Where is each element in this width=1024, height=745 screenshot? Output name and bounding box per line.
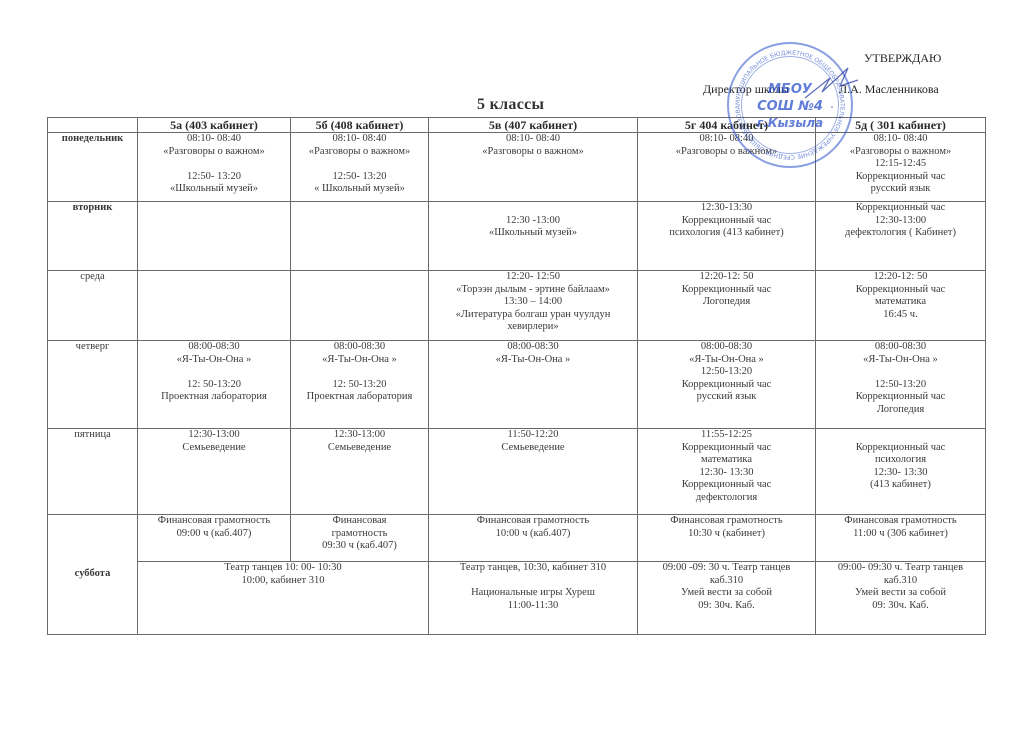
cell-text-line: 11:00-11:30 [431, 600, 635, 613]
cell-saturday-5g-extra: 09:00 -09: 30 ч. Театр танцевкаб.310Умей… [638, 562, 816, 635]
cell-text-line: русский язык [640, 391, 813, 404]
cell-wednesday-5a [138, 271, 291, 341]
cell-saturday-5v: Финансовая грамотность10:00 ч (каб.407) [429, 515, 638, 562]
cell-monday-5v: 08:10- 08:40«Разговоры о важном» [429, 133, 638, 202]
day-label: среда [48, 271, 138, 341]
cell-text-line: Проектная лаборатория [140, 391, 288, 404]
cell-text-line: Коррекционный час [818, 284, 983, 297]
cell-text-line: Умей вести за собой [818, 587, 983, 600]
director-signature-line: Директор школы Л.А. Масленникова [703, 82, 789, 97]
cell-text-line: 12: 50-13:20 [140, 379, 288, 392]
seal-line-2: СОШ №4 [729, 99, 851, 114]
director-label: Директор школы [703, 82, 789, 96]
cell-tuesday-5b [291, 202, 429, 271]
cell-wednesday-5b [291, 271, 429, 341]
cell-text-line: 08:00-08:30 [293, 341, 426, 354]
cell-text-line: «Разговоры о важном» [293, 146, 426, 159]
cell-text-line [431, 575, 635, 588]
cell-text-line: 08:10- 08:40 [140, 133, 288, 146]
cell-monday-5g: 08:10- 08:40«Разговоры о важном» [638, 133, 816, 202]
page-title: 5 классы [477, 96, 544, 114]
cell-text-line: « Школьный музей» [293, 183, 426, 196]
day-label: понедельник [48, 133, 138, 202]
cell-text-line: «Я-Ты-Он-Она » [293, 354, 426, 367]
cell-text-line: математика [640, 454, 813, 467]
cell-text-line [293, 158, 426, 171]
cell-thursday-5b: 08:00-08:30«Я-Ты-Он-Она »12: 50-13:20Про… [291, 341, 429, 429]
cell-wednesday-5g: 12:20-12: 50Коррекционный часЛогопедия [638, 271, 816, 341]
cell-text-line: 10:00 ч (каб.407) [431, 528, 635, 541]
cell-text-line [431, 202, 635, 215]
cell-text-line: 12: 50-13:20 [293, 379, 426, 392]
cell-text-line: Коррекционный час [818, 171, 983, 184]
cell-text-line: «Разговоры о важном» [431, 146, 635, 159]
cell-text-line: 12:50- 13:20 [140, 171, 288, 184]
cell-text-line: Коррекционный час [818, 442, 983, 455]
cell-text-line: 12:30-13:00 [140, 429, 288, 442]
cell-text-line: 12:50- 13:20 [293, 171, 426, 184]
cell-text-line: Семьеведение [140, 442, 288, 455]
cell-thursday-5d: 08:00-08:30«Я-Ты-Он-Она »12:50-13:20Корр… [816, 341, 986, 429]
cell-text-line: Финансовая [293, 515, 426, 528]
header-cell-day [48, 118, 138, 133]
cell-text-line: Финансовая грамотность [431, 515, 635, 528]
cell-text-line: 09: 30ч. Каб. [640, 600, 813, 613]
cell-text-line: Финансовая грамотность [140, 515, 288, 528]
table-row-thursday: четверг 08:00-08:30«Я-Ты-Он-Она »12: 50-… [48, 341, 986, 429]
cell-text-line: «Разговоры о важном» [640, 146, 813, 159]
cell-text-line: 09:00- 09:30 ч. Театр танцев [818, 562, 983, 575]
cell-text-line: Умей вести за собой [640, 587, 813, 600]
cell-text-line: 12:30-13:00 [293, 429, 426, 442]
schedule-table: 5а (403 кабинет) 5б (408 кабинет) 5в (40… [47, 117, 986, 635]
cell-text-line: «Литература болгаш уран чуулдун [431, 309, 635, 322]
cell-text-line: Коррекционный час [640, 442, 813, 455]
cell-text-line: 08:00-08:30 [818, 341, 983, 354]
cell-text-line: 08:10- 08:40 [431, 133, 635, 146]
cell-text-line: «Я-Ты-Он-Она » [140, 354, 288, 367]
cell-text-line: Коррекционный час [640, 215, 813, 228]
cell-text-line: 12:30-13:30 [640, 202, 813, 215]
cell-text-line: Проектная лаборатория [293, 391, 426, 404]
cell-tuesday-5a [138, 202, 291, 271]
cell-thursday-5a: 08:00-08:30«Я-Ты-Он-Она »12: 50-13:20Про… [138, 341, 291, 429]
header-cell-5v: 5в (407 кабинет) [429, 118, 638, 133]
cell-thursday-5v: 08:00-08:30«Я-Ты-Он-Она » [429, 341, 638, 429]
cell-friday-5g: 11:55-12:25Коррекционный часматематика12… [638, 429, 816, 515]
director-name: Л.А. Масленникова [839, 82, 939, 97]
cell-friday-5a: 12:30-13:00Семьеведение [138, 429, 291, 515]
day-label: вторник [48, 202, 138, 271]
cell-tuesday-5v: 12:30 -13:00«Школьный музей» [429, 202, 638, 271]
cell-text-line: 12:20- 12:50 [431, 271, 635, 284]
cell-text-line: 08:10- 08:40 [293, 133, 426, 146]
cell-monday-5d: 08:10- 08:40«Разговоры о важном»12:15-12… [816, 133, 986, 202]
cell-text-line: «Школьный музей» [140, 183, 288, 196]
cell-text-line: 09:30 ч (каб.407) [293, 540, 426, 553]
cell-tuesday-5g: 12:30-13:30Коррекционный часпсихология (… [638, 202, 816, 271]
cell-text-line: Театр танцев, 10:30, кабинет 310 [431, 562, 635, 575]
cell-text-line: 12:20-12: 50 [640, 271, 813, 284]
cell-text-line [818, 366, 983, 379]
table-row-friday: пятница 12:30-13:00Семьеведение 12:30-13… [48, 429, 986, 515]
cell-friday-5b: 12:30-13:00Семьеведение [291, 429, 429, 515]
table-row-wednesday: среда 12:20- 12:50«Торээн дылым - эртине… [48, 271, 986, 341]
cell-text-line: 08:10- 08:40 [640, 133, 813, 146]
cell-text-line: «Я-Ты-Он-Она » [640, 354, 813, 367]
header-cell-5g: 5г 404 кабинет) [638, 118, 816, 133]
cell-text-line: 12:30 -13:00 [431, 215, 635, 228]
day-label: четверг [48, 341, 138, 429]
cell-saturday-5g: Финансовая грамотность10:30 ч (кабинет) [638, 515, 816, 562]
cell-text-line: 13:30 – 14:00 [431, 296, 635, 309]
table-row-tuesday: вторник 12:30 -13:00«Школьный музей» 12:… [48, 202, 986, 271]
cell-text-line: Финансовая грамотность [640, 515, 813, 528]
cell-saturday-5a: Финансовая грамотность09:00 ч (каб.407) [138, 515, 291, 562]
cell-text-line: Национальные игры Хуреш [431, 587, 635, 600]
table-row-saturday: суббота Финансовая грамотность09:00 ч (к… [48, 515, 986, 562]
cell-text-line: психология (413 кабинет) [640, 227, 813, 240]
cell-text-line: русский язык [818, 183, 983, 196]
cell-text-line: 08:00-08:30 [140, 341, 288, 354]
cell-text-line: 12:15-12:45 [818, 158, 983, 171]
cell-text-line: 12:20-12: 50 [818, 271, 983, 284]
cell-text-line: «Разговоры о важном» [140, 146, 288, 159]
cell-saturday-5d-extra: 09:00- 09:30 ч. Театр танцевкаб.310Умей … [816, 562, 986, 635]
cell-text-line: хевирлери» [431, 321, 635, 334]
cell-text-line: «Разговоры о важном» [818, 146, 983, 159]
cell-text-line: «Я-Ты-Он-Она » [818, 354, 983, 367]
cell-text-line: 08:10- 08:40 [818, 133, 983, 146]
cell-text-line: 11:00 ч (306 кабинет) [818, 528, 983, 541]
cell-text-line: 10:00, кабинет 310 [140, 575, 426, 588]
cell-thursday-5g: 08:00-08:30«Я-Ты-Он-Она »12:50-13:20Корр… [638, 341, 816, 429]
cell-text-line: 11:50-12:20 [431, 429, 635, 442]
cell-text-line: 11:55-12:25 [640, 429, 813, 442]
cell-saturday-5v-extra: Театр танцев, 10:30, кабинет 310Национал… [429, 562, 638, 635]
cell-text-line: 12:50-13:20 [640, 366, 813, 379]
cell-text-line: 08:00-08:30 [431, 341, 635, 354]
cell-monday-5b: 08:10- 08:40«Разговоры о важном»12:50- 1… [291, 133, 429, 202]
cell-text-line [140, 158, 288, 171]
cell-text-line: 10:30 ч (кабинет) [640, 528, 813, 541]
cell-text-line [293, 366, 426, 379]
cell-text-line [140, 366, 288, 379]
cell-text-line: Семьеведение [431, 442, 635, 455]
cell-text-line: дефектология [640, 492, 813, 505]
cell-text-line: 12:30- 13:30 [640, 467, 813, 480]
cell-text-line: 09:00 -09: 30 ч. Театр танцев [640, 562, 813, 575]
cell-text-line: «Школьный музей» [431, 227, 635, 240]
cell-friday-5v: 11:50-12:20Семьеведение [429, 429, 638, 515]
cell-text-line: каб.310 [640, 575, 813, 588]
cell-text-line: грамотность [293, 528, 426, 541]
cell-text-line: 16:45 ч. [818, 309, 983, 322]
header-cell-5b: 5б (408 кабинет) [291, 118, 429, 133]
day-label: пятница [48, 429, 138, 515]
cell-friday-5d: Коррекционный часпсихология12:30- 13:30(… [816, 429, 986, 515]
cell-wednesday-5d: 12:20-12: 50Коррекционный часматематика1… [816, 271, 986, 341]
cell-monday-5a: 08:10- 08:40«Разговоры о важном»12:50- 1… [138, 133, 291, 202]
cell-text-line: Финансовая грамотность [818, 515, 983, 528]
cell-text-line: Коррекционный час [640, 379, 813, 392]
cell-text-line: 12:30-13:00 [818, 215, 983, 228]
cell-saturday-5ab-extra: Театр танцев 10: 00- 10:3010:00, кабинет… [138, 562, 429, 635]
cell-text-line: Логопедия [818, 404, 983, 417]
table-header-row: 5а (403 кабинет) 5б (408 кабинет) 5в (40… [48, 118, 986, 133]
cell-text-line: Логопедия [640, 296, 813, 309]
cell-text-line: Коррекционный час [640, 479, 813, 492]
cell-text-line: «Торээн дылым - эртине байлаам» [431, 284, 635, 297]
day-label: суббота [48, 515, 138, 635]
header-cell-5a: 5а (403 кабинет) [138, 118, 291, 133]
cell-text-line: психология [818, 454, 983, 467]
cell-text-line: Семьеведение [293, 442, 426, 455]
cell-text-line: Коррекционный час [640, 284, 813, 297]
cell-text-line: 09: 30ч. Каб. [818, 600, 983, 613]
cell-text-line: каб.310 [818, 575, 983, 588]
cell-saturday-5b: Финансоваяграмотность09:30 ч (каб.407) [291, 515, 429, 562]
cell-text-line: математика [818, 296, 983, 309]
header-cell-5d: 5д ( 301 кабинет) [816, 118, 986, 133]
cell-saturday-5d: Финансовая грамотность11:00 ч (306 кабин… [816, 515, 986, 562]
cell-text-line: дефектология ( Кабинет) [818, 227, 983, 240]
cell-text-line: 09:00 ч (каб.407) [140, 528, 288, 541]
cell-text-line: Театр танцев 10: 00- 10:30 [140, 562, 426, 575]
cell-text-line: 12:50-13:20 [818, 379, 983, 392]
table-row-saturday-extra: Театр танцев 10: 00- 10:3010:00, кабинет… [48, 562, 986, 635]
cell-text-line: «Я-Ты-Он-Она » [431, 354, 635, 367]
cell-text-line: 12:30- 13:30 [818, 467, 983, 480]
approval-heading: УТВЕРЖДАЮ [864, 51, 941, 66]
cell-text-line: Коррекционный час [818, 391, 983, 404]
cell-wednesday-5v: 12:20- 12:50«Торээн дылым - эртине байла… [429, 271, 638, 341]
cell-text-line [818, 429, 983, 442]
cell-text-line: 08:00-08:30 [640, 341, 813, 354]
table-row-monday: понедельник 08:10- 08:40«Разговоры о важ… [48, 133, 986, 202]
cell-text-line: Коррекционный час [818, 202, 983, 215]
cell-tuesday-5d: Коррекционный час12:30-13:00дефектология… [816, 202, 986, 271]
cell-text-line: (413 кабинет) [818, 479, 983, 492]
